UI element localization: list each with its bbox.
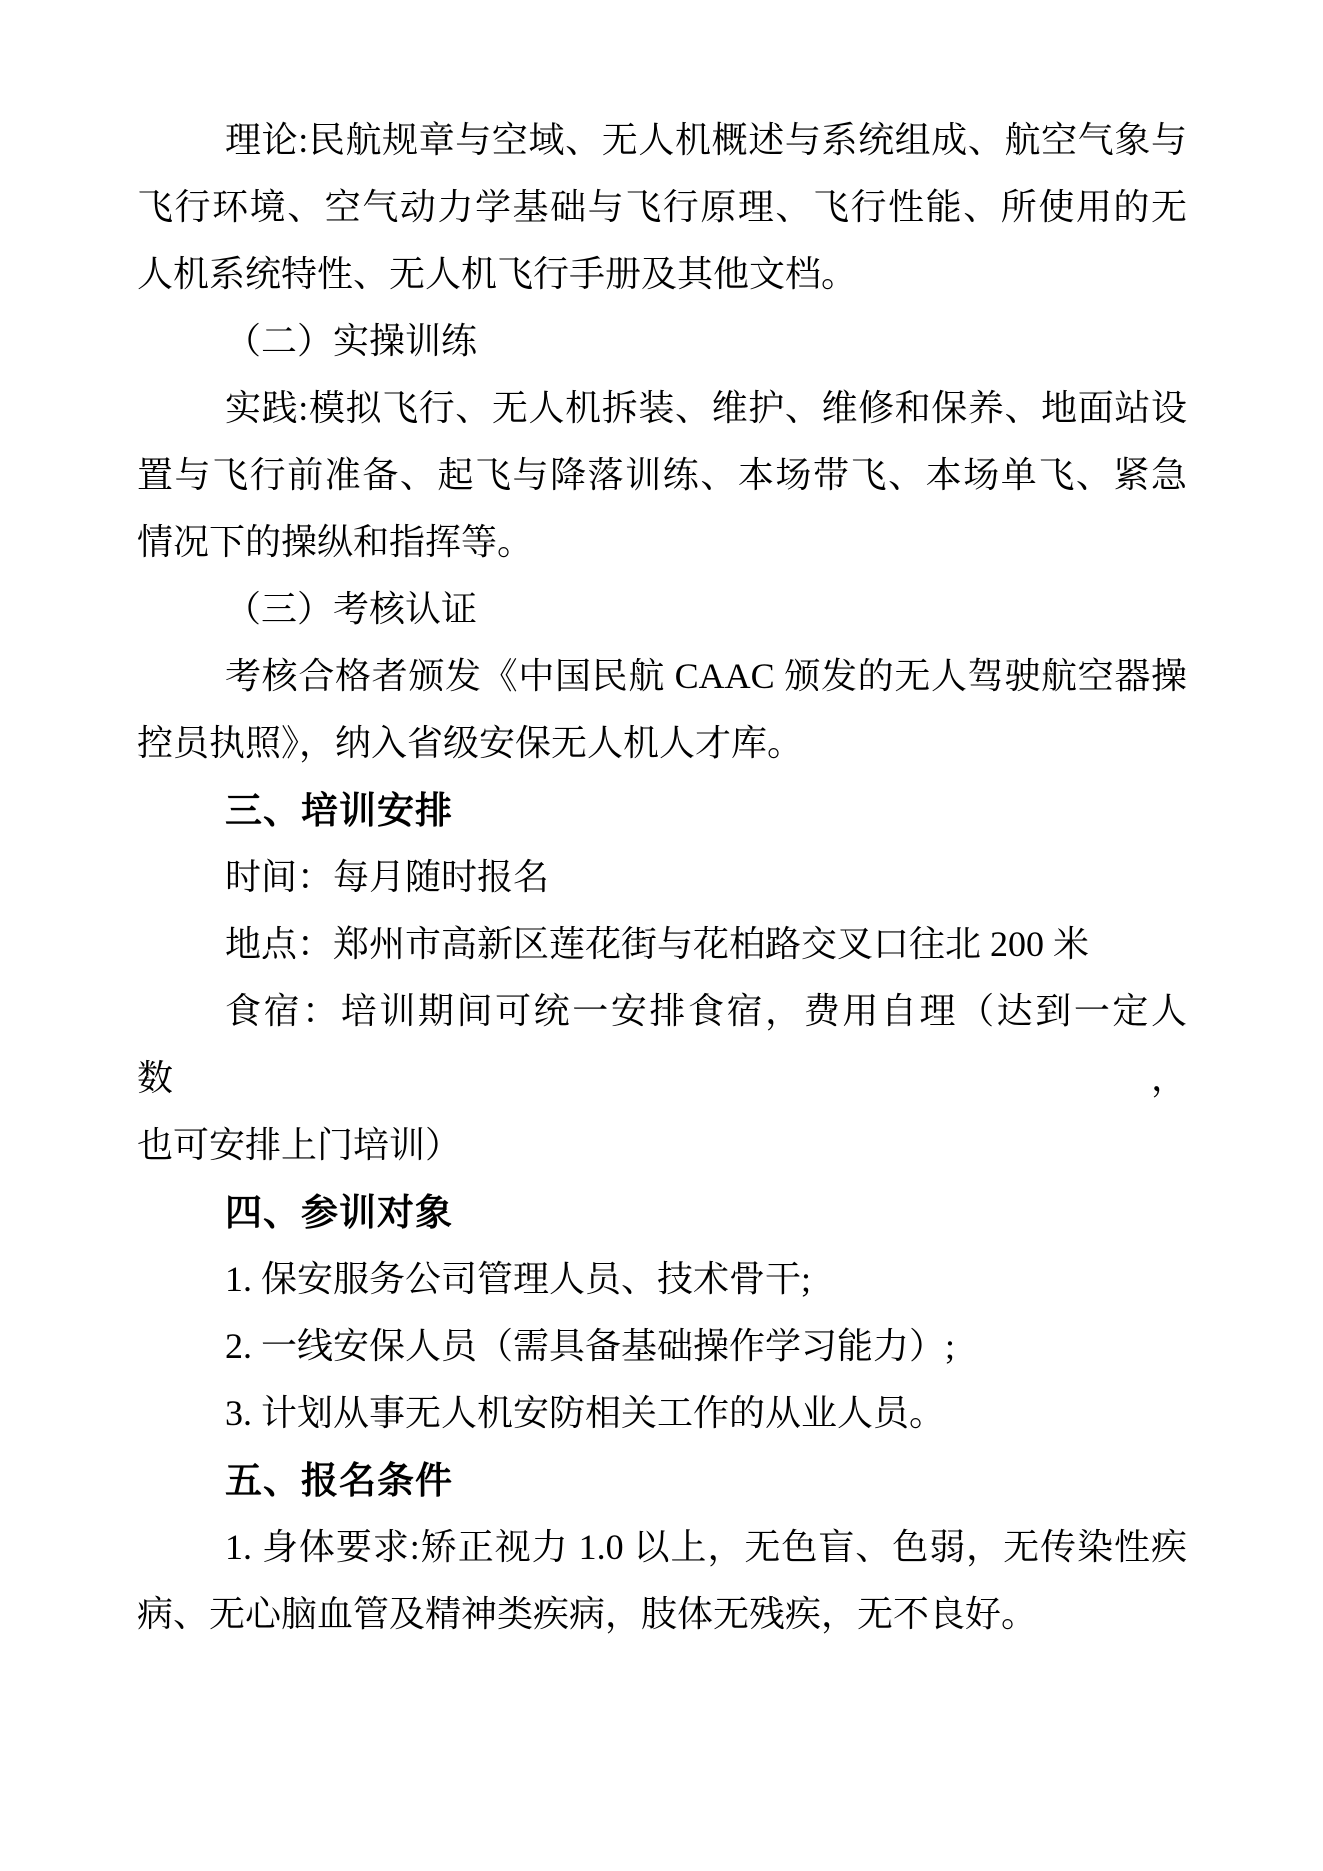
text-line: （三）考核认证 — [137, 576, 1187, 643]
text-line: 考核合格者颁发《中国民航 CAAC 颁发的无人驾驶航空器操 — [137, 643, 1187, 710]
heading-registration-requirements: 五、报名条件 — [137, 1447, 1187, 1514]
heading-text: 五、报名条件 — [137, 1447, 1187, 1514]
para-practice-content: 实践:模拟飞行、无人机拆装、维护、维修和保养、地面站设 置与飞行前准备、起飞与降… — [137, 375, 1187, 576]
text-line: 人机系统特性、无人机飞行手册及其他文档。 — [137, 241, 1187, 308]
text-line: 飞行环境、空气动力学基础与飞行原理、飞行性能、所使用的无 — [137, 174, 1187, 241]
para-time: 时间：每月随时报名 — [137, 844, 1187, 911]
text-line: （二）实操训练 — [137, 308, 1187, 375]
text-line: 病、无心脑血管及精神类疾病，肢体无残疾，无不良好。 — [137, 1581, 1187, 1648]
para-accommodation: 食宿：培训期间可统一安排食宿，费用自理（达到一定人数， 也可安排上门培训） — [137, 978, 1187, 1179]
list-item-3: 3. 计划从事无人机安防相关工作的从业人员。 — [137, 1380, 1187, 1447]
text-line: 1. 保安服务公司管理人员、技术骨干; — [137, 1246, 1187, 1313]
text-line: 2. 一线安保人员（需具备基础操作学习能力）; — [137, 1313, 1187, 1380]
text-line: 理论:民航规章与空域、无人机概述与系统组成、航空气象与 — [137, 107, 1187, 174]
text-line: 情况下的操纵和指挥等。 — [137, 509, 1187, 576]
text-line: 食宿：培训期间可统一安排食宿，费用自理（达到一定人数， — [137, 978, 1187, 1112]
para-location: 地点：郑州市高新区莲花街与花柏路交叉口往北 200 米 — [137, 911, 1187, 978]
document-body: 理论:民航规章与空域、无人机概述与系统组成、航空气象与 飞行环境、空气动力学基础… — [137, 107, 1187, 1648]
para-certification-content: 考核合格者颁发《中国民航 CAAC 颁发的无人驾驶航空器操 控员执照》，纳入省级… — [137, 643, 1187, 777]
heading-training-arrangement: 三、培训安排 — [137, 777, 1187, 844]
list-item-2: 2. 一线安保人员（需具备基础操作学习能力）; — [137, 1313, 1187, 1380]
document-page: 理论:民航规章与空域、无人机概述与系统组成、航空气象与 飞行环境、空气动力学基础… — [0, 0, 1323, 1871]
text-line: 时间：每月随时报名 — [137, 844, 1187, 911]
para-practical-training-subheading: （二）实操训练 — [137, 308, 1187, 375]
para-physical-requirements: 1. 身体要求:矫正视力 1.0 以上，无色盲、色弱，无传染性疾 病、无心脑血管… — [137, 1514, 1187, 1648]
text-line: 控员执照》，纳入省级安保无人机人才库。 — [137, 710, 1187, 777]
text-line: 实践:模拟飞行、无人机拆装、维护、维修和保养、地面站设 — [137, 375, 1187, 442]
text-line: 1. 身体要求:矫正视力 1.0 以上，无色盲、色弱，无传染性疾 — [137, 1514, 1187, 1581]
text-line: 地点：郑州市高新区莲花街与花柏路交叉口往北 200 米 — [137, 911, 1187, 978]
text-line: 置与飞行前准备、起飞与降落训练、本场带飞、本场单飞、紧急 — [137, 442, 1187, 509]
heading-text: 四、参训对象 — [137, 1179, 1187, 1246]
para-theory-content: 理论:民航规章与空域、无人机概述与系统组成、航空气象与 飞行环境、空气动力学基础… — [137, 107, 1187, 308]
text-line: 也可安排上门培训） — [137, 1112, 1187, 1179]
text-line: 3. 计划从事无人机安防相关工作的从业人员。 — [137, 1380, 1187, 1447]
para-assessment-subheading: （三）考核认证 — [137, 576, 1187, 643]
list-item-1: 1. 保安服务公司管理人员、技术骨干; — [137, 1246, 1187, 1313]
heading-trainee-targets: 四、参训对象 — [137, 1179, 1187, 1246]
heading-text: 三、培训安排 — [137, 777, 1187, 844]
